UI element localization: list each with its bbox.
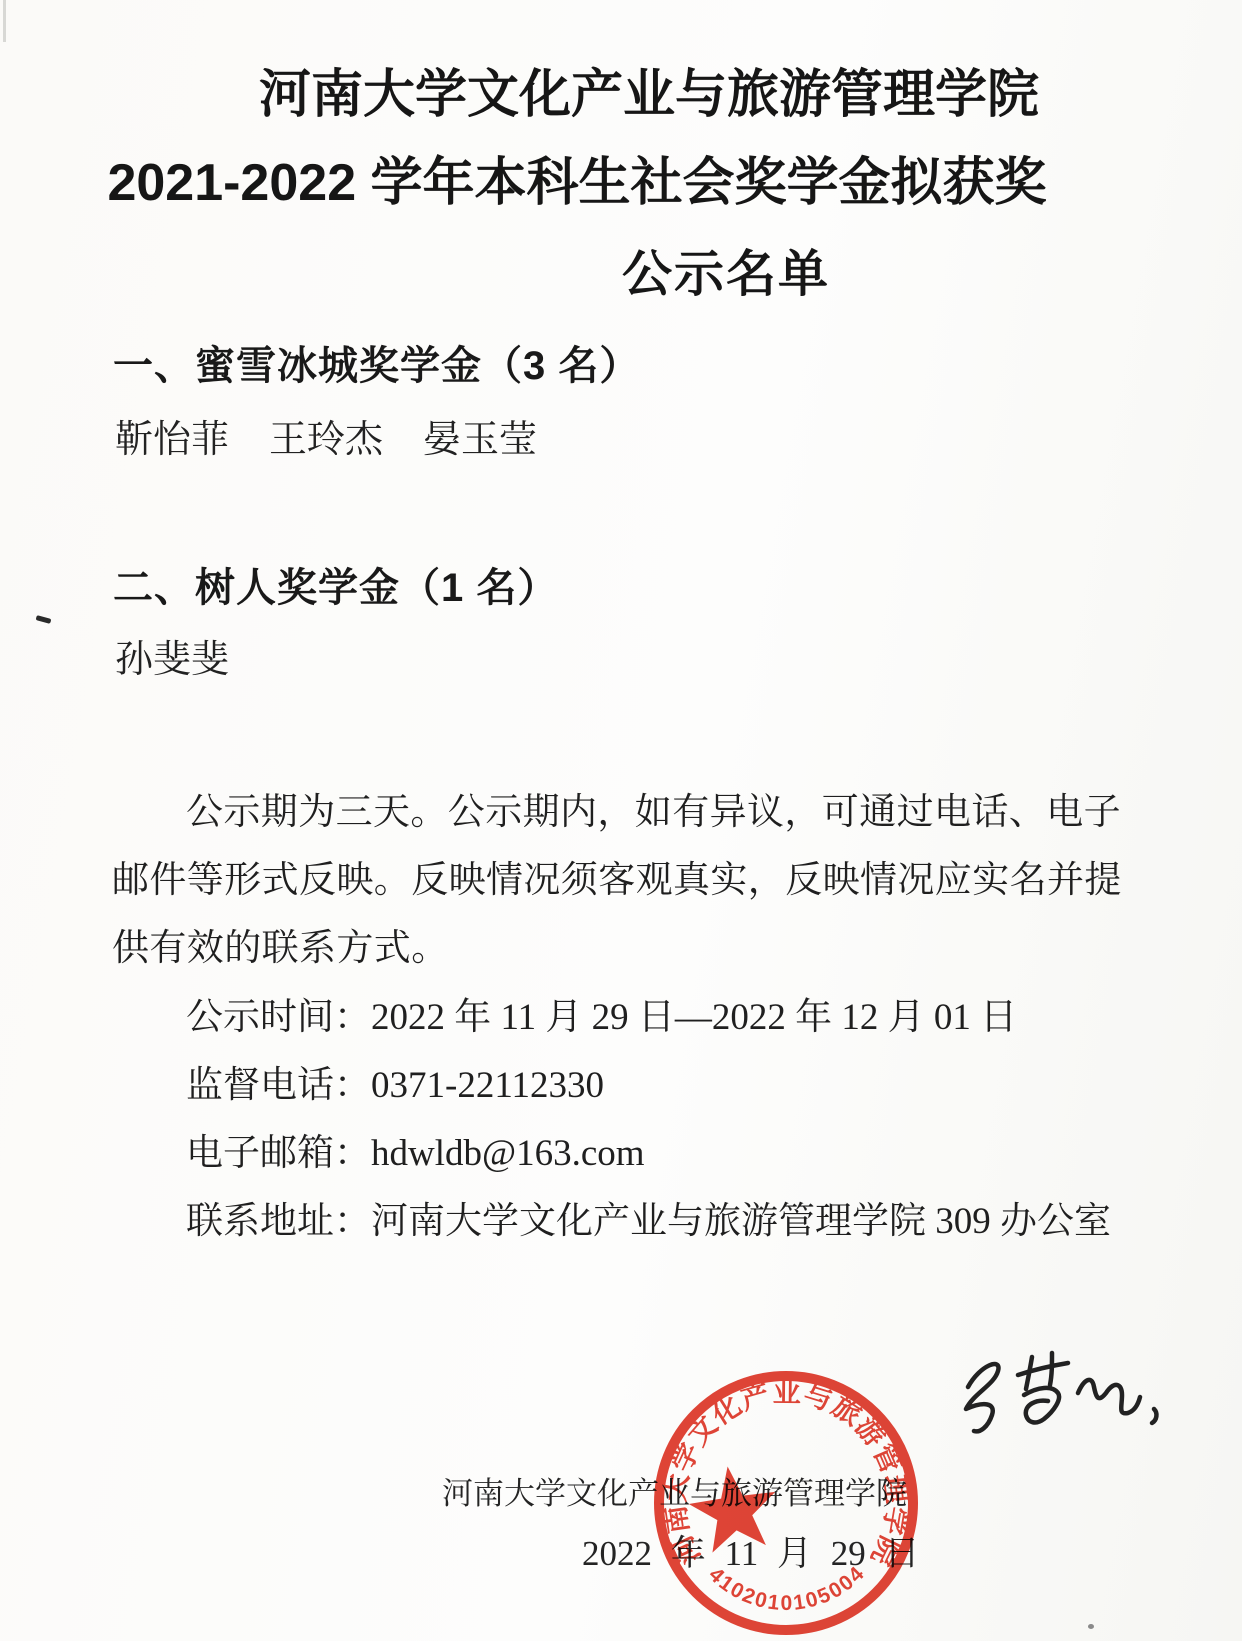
awardee-name: 晏玉莹	[423, 419, 537, 461]
detail-label: 监督电话：	[186, 1065, 371, 1106]
scan-edge-artifact	[3, 0, 6, 42]
paragraph-line: 供有效的联系方式。	[112, 917, 449, 971]
ink-dash-mark	[36, 615, 52, 624]
section-2-names: 孙斐斐	[115, 628, 269, 683]
scanned-document-page: 河南大学文化产业与旅游管理学院 2021-2022 学年本科生社会奖学金拟获奖 …	[0, 0, 1242, 1641]
detail-value: hdwldb@163.com	[371, 1133, 645, 1174]
awardee-name: 孙斐斐	[115, 639, 229, 681]
awardee-name: 靳怡菲	[115, 419, 229, 461]
seal-serial-number: 4102010105004	[704, 1561, 870, 1615]
detail-value: 0371-22112330	[371, 1065, 604, 1106]
detail-email: 电子邮箱：hdwldb@163.com	[186, 1122, 645, 1176]
detail-address: 联系地址：河南大学文化产业与旅游管理学院 309 办公室	[186, 1190, 1111, 1244]
ink-dot-mark	[1088, 1624, 1094, 1629]
title-line-1: 河南大学文化产业与旅游管理学院	[28, 52, 1242, 127]
detail-label: 公示时间：	[186, 997, 371, 1038]
paragraph-line: 邮件等形式反映。反映情况须客观真实，反映情况应实名并提	[112, 849, 1122, 903]
awardee-name: 王玲杰	[269, 419, 383, 461]
title-line-3: 公示名单	[105, 234, 1242, 306]
detail-value: 河南大学文化产业与旅游管理学院 309 办公室	[371, 1201, 1111, 1242]
official-seal: 河南大学文化产业与旅游管理学院 4102010105004	[641, 1358, 931, 1641]
section-1-names: 靳怡菲王玲杰晏玉莹	[115, 408, 577, 463]
detail-value: 2022 年 11 月 29 日—2022 年 12 月 01 日	[371, 997, 1017, 1038]
detail-label: 电子邮箱：	[186, 1133, 371, 1174]
paragraph-line: 公示期为三天。公示期内，如有异议，可通过电话、电子	[112, 781, 1121, 835]
title-line-2: 2021-2022 学年本科生社会奖学金拟获奖	[0, 140, 1198, 215]
handwritten-signature	[940, 1335, 1180, 1465]
detail-publicity-period: 公示时间：2022 年 11 月 29 日—2022 年 12 月 01 日	[186, 986, 1017, 1040]
section-1-heading: 一、蜜雪冰城奖学金（3 名）	[113, 334, 640, 391]
detail-supervision-phone: 监督电话：0371-22112330	[186, 1054, 604, 1108]
detail-label: 联系地址：	[186, 1201, 371, 1242]
seal-star-icon	[684, 1460, 782, 1555]
section-2-heading: 二、树人奖学金（1 名）	[113, 556, 558, 613]
